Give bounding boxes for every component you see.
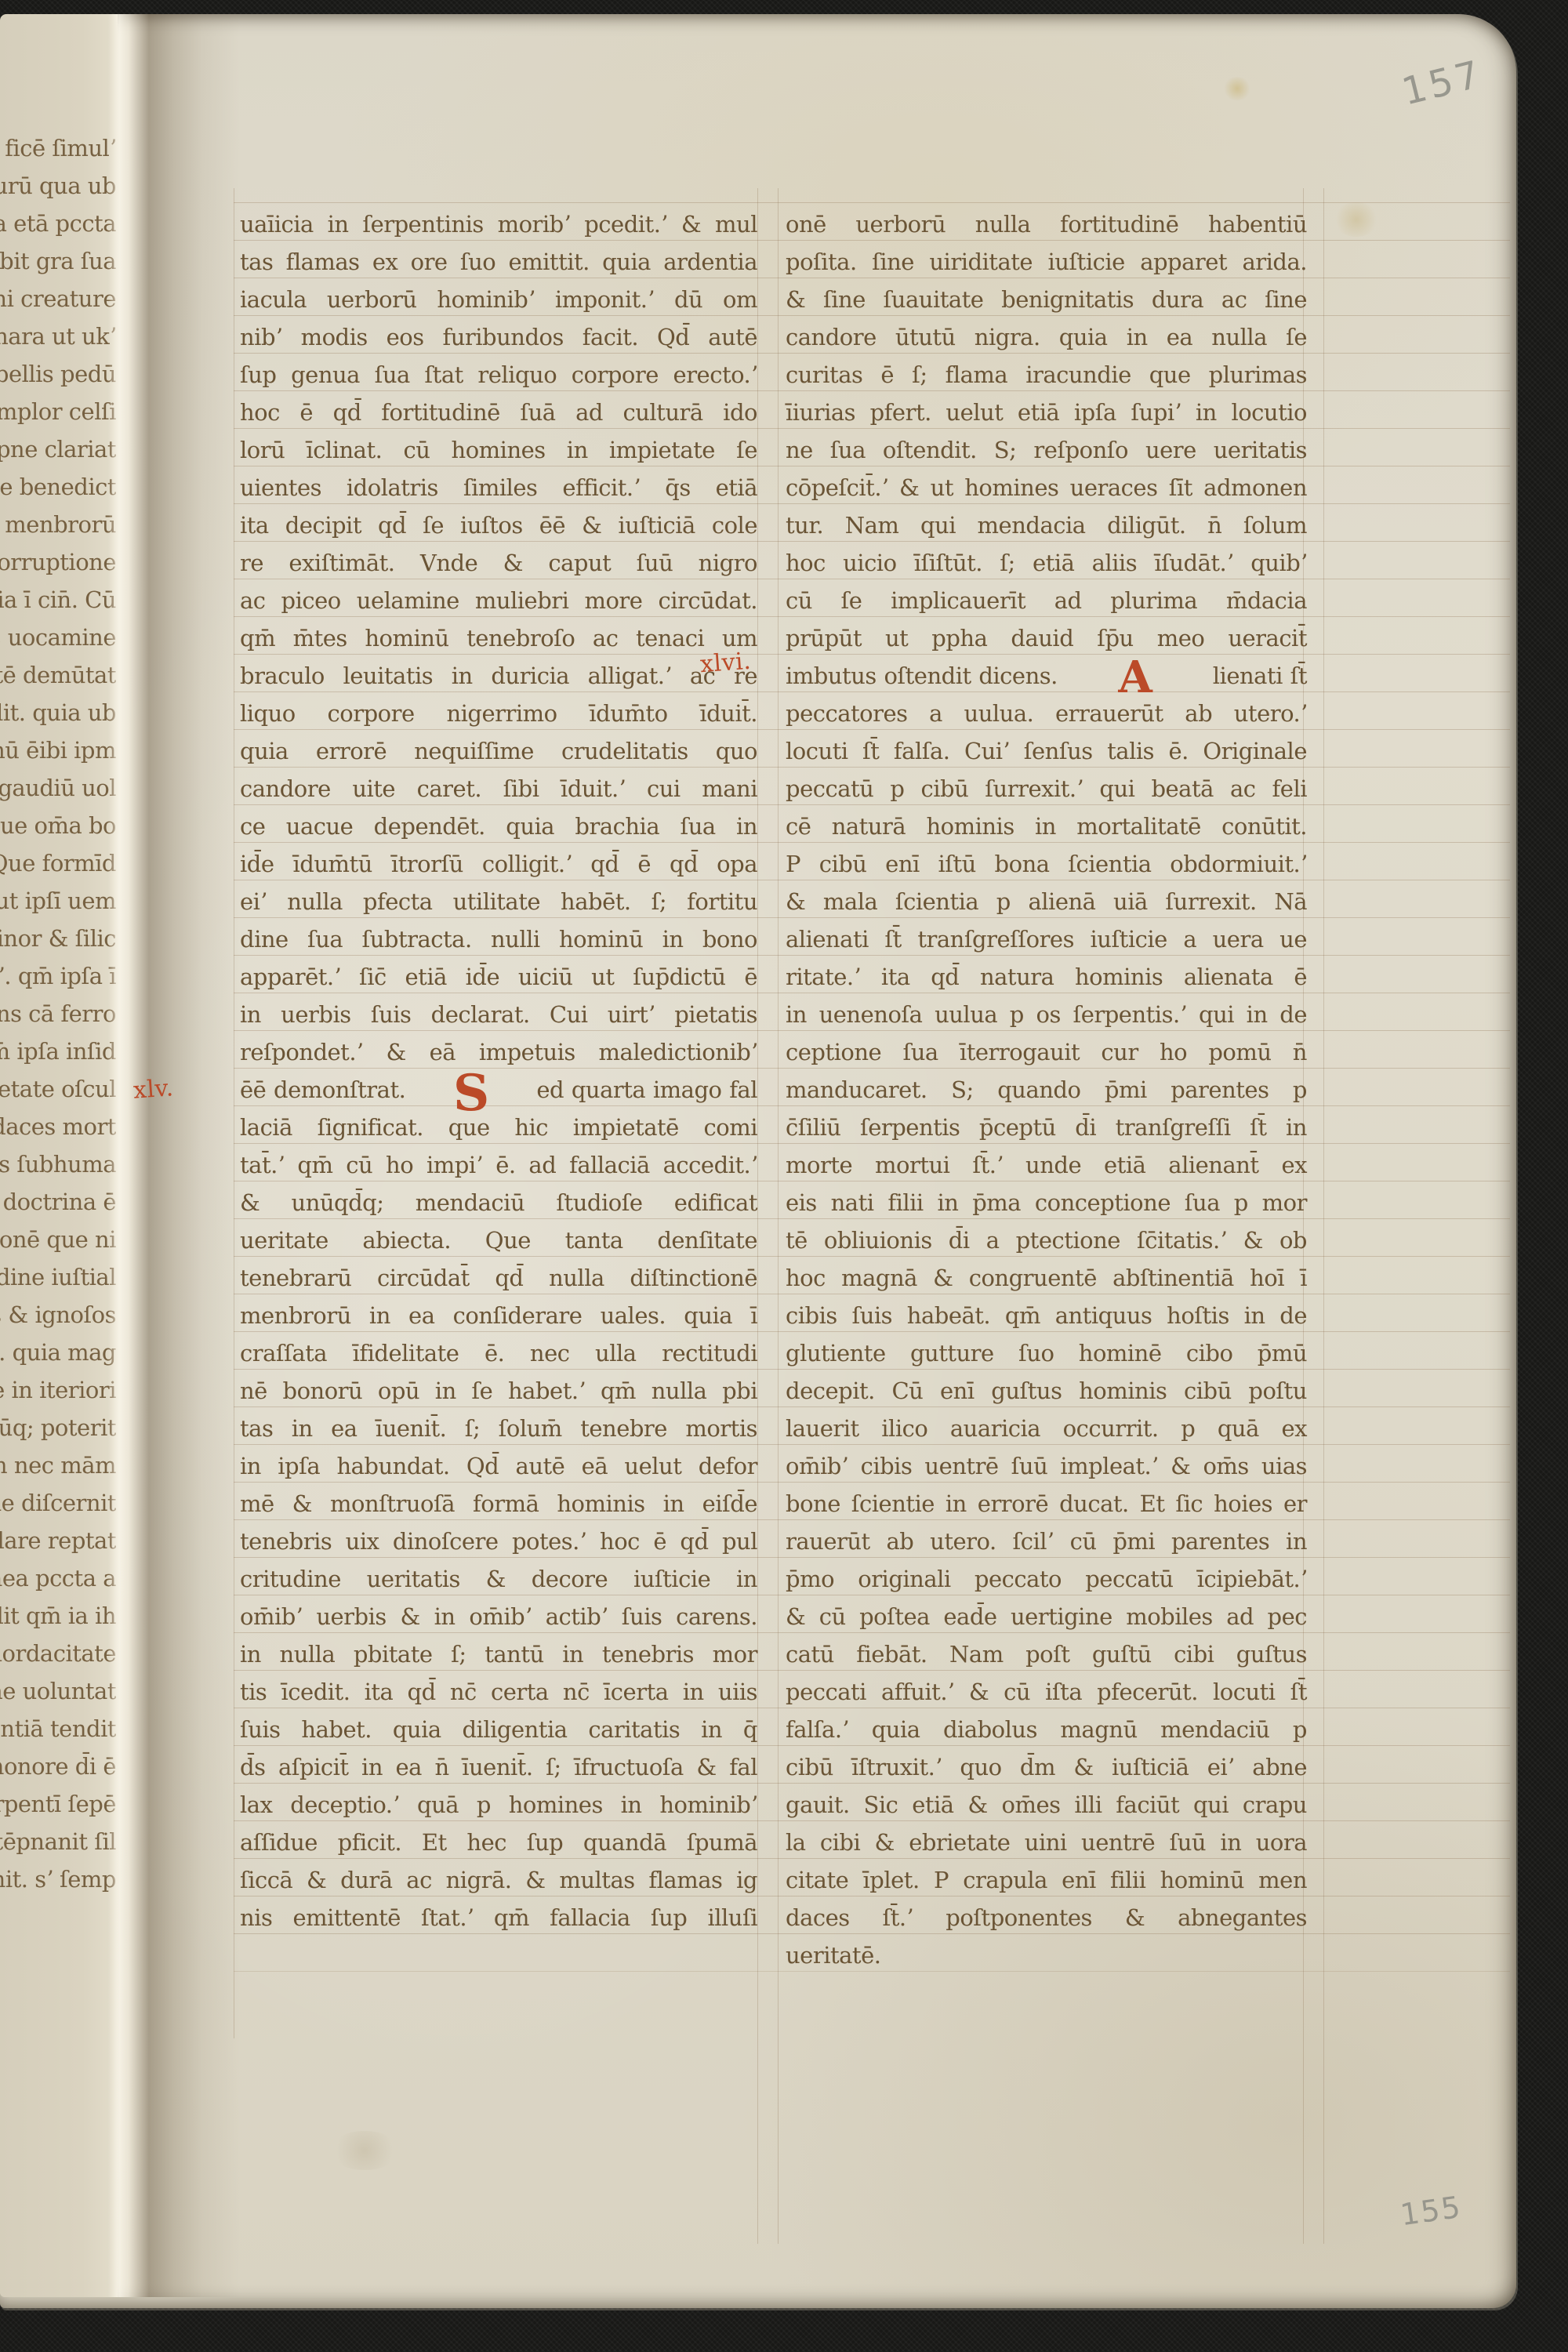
manuscript-text-line: nē bonorū opū in ſe habet.ʼ qm̄ nulla pb… (240, 1372, 757, 1410)
manuscript-text-line: mē & monſtruoſā formā hominis in eiſd̄e (240, 1485, 757, 1523)
manuscript-text-line: P cibū enī iſtū bona ſcientia obdormiuit… (786, 845, 1307, 883)
ruling-line-vertical (1323, 188, 1324, 2244)
manuscript-text-line: catū fiebāt. Nam poſt guſtū cibi guſtus (786, 1635, 1307, 1673)
manuscript-text-line: ritate.ʼ ita qd̄ natura hominis alienata… (786, 958, 1307, 996)
manuscript-text-line: menbrorū in ea conſiderare uales. quia ī (240, 1297, 757, 1334)
edge-fragment-line: o qd̄ caput ipſī uem (0, 882, 116, 920)
manuscript-text-line: & unūqd̄q; mendaciū ſtudioſe edificat (240, 1184, 757, 1221)
manuscript-text-line: daces ſt̄.ʼ poſtponentes & abnegantes ue… (786, 1899, 1307, 1936)
manuscript-text-line: ſuis habet. quia diligentia caritatis in… (240, 1711, 757, 1748)
ruling-line-vertical (234, 188, 234, 2038)
edge-fragment-line: t̄ ita etā pccta (0, 205, 116, 242)
edge-fragment-line: mordaces mort (0, 1108, 116, 1145)
manuscript-text-line: ēē demonſtrat.Sed quarta imago fal (240, 1071, 757, 1109)
manuscript-text-line: p̄mo originali peccato peccatū īcipiebāt… (786, 1560, 1307, 1598)
manuscript-text-line: & mala ſcientia p alienā uiā ſurrexit. N… (786, 883, 1307, 920)
manuscript-text-line: quia errorē nequiſſime crudelitatis quo (240, 732, 757, 770)
text-column-right: onē uerborū nulla fortitudinē habentiūpo… (786, 205, 1307, 1936)
manuscript-text-line: decepit. Cū enī guſtus hominis cibū poſt… (786, 1372, 1307, 1410)
edge-fragment-line: ucrit.ʼ ſ; que om̄a bo (0, 807, 116, 844)
manuscript-text-line: hoc uicio īſiſtūt. ſ; etiā aliis īſudāt.… (786, 544, 1307, 582)
manuscript-text-line: nibʼ modis eos furibundos facit. Qd̄ aut… (240, 318, 757, 356)
manuscript-text-line: īiurias pfert. uelut etiā ipſa ſupiʼ in … (786, 394, 1307, 431)
manuscript-text-line: braculo leuitatis in duricia alligat.ʼ a… (240, 657, 757, 695)
edge-fragment-line: & d̄s om̄i creature (0, 280, 116, 318)
manuscript-text-line: tenebris uix dinoſcere potes.ʼ hoc ē qd̄… (240, 1523, 757, 1560)
manuscript-text-line: uientes idolatris ſimiles efficit.ʼ q̄s … (240, 469, 757, 506)
manuscript-text-line: iacula uerborū hominibʼ imponit.ʼ dū om (240, 281, 757, 318)
edge-fragment-line: & ſic implor celſi (0, 393, 116, 430)
manuscript-text-line: tenebrarū circūdat̄ qd̄ nulla diſtinctio… (240, 1259, 757, 1297)
manuscript-text-line: aſſidue pficit. Et hec ſup quandā ſpumā (240, 1824, 757, 1861)
edge-fragment-line: e nullū gaudiū uol (0, 769, 116, 807)
edge-fragment-line: pternara ut ukʼ (0, 318, 116, 355)
edge-fragment-line: doribʼ ſupne clariat (0, 430, 116, 468)
manuscript-text-line: hoc magnā & congruentē abſtinentiā hoī ī (786, 1259, 1307, 1297)
manuscript-text-line: locuti ſt̄ falſa. Cuiʼ ſenſus talis ē. O… (786, 732, 1307, 770)
manuscript-text-line: curitas ē ſ; flama iracundie que plurima… (786, 356, 1307, 394)
edge-fragment-line: us habet. quia mag (0, 1334, 116, 1371)
manuscript-text-line: id̄e īdum̄tū ītrorſū colligit.ʼ qd̄ ē qd… (240, 845, 757, 883)
manuscript-text-line: prūpūt ut ppha dauid ſp̄u meo ueracit̄ (786, 619, 1307, 657)
manuscript-text-line: rauerūt ab utero. ſcilʼ cū p̄mi parentes… (786, 1523, 1307, 1560)
parchment-stain (1223, 77, 1251, 100)
manuscript-text-line: nis emittentē ſtat.ʼ qm̄ fallacia ſup il… (240, 1899, 757, 1936)
edge-fragment-line: orīg pminor & ſilic (0, 920, 116, 957)
manuscript-text-line: lauerit ilico auaricia occurrit. p quā e… (786, 1410, 1307, 1447)
edge-fragment-line: amat. Que formīd (0, 844, 116, 882)
manuscript-text-line: & cū poſtea ead̄e uertigine mobiles ad p… (786, 1598, 1307, 1635)
manuscript-text-line: candore uite caret. ſibi īduit.ʼ cui man… (240, 770, 757, 808)
manuscript-text-line: qm̄ m̄tes hominū tenebroſo ac tenaci um (240, 619, 757, 657)
edge-fragment-line: ſipientiā tendit (0, 1710, 116, 1748)
manuscript-text-line: tas in ea īuenit̄. ſ; ſolum̄ tenebre mor… (240, 1410, 757, 1447)
manuscript-text-line: hoc ē qd̄ fortitudinē ſuā ad culturā ido (240, 394, 757, 431)
edge-fragment-line: b imponit. sʼ ſemp (0, 1860, 116, 1898)
manuscript-text-line: laciā ſignificat. que hic impietatē comi (240, 1109, 757, 1146)
edge-fragment-line: mulāʼ. qm̄ ipſa ī (0, 957, 116, 995)
edge-fragment-line: ſciendurū qua ub (0, 167, 116, 205)
manuscript-text-line: la cibi & ebrietate uini uentrē ſuū in u… (786, 1824, 1307, 1861)
parchment-stain (329, 2131, 400, 2170)
manuscript-text-line: cibis ſuis habeāt. qm̄ antiquus hoſtis i… (786, 1297, 1307, 1334)
rubricated-initial: S (450, 1075, 492, 1112)
manuscript-text-line: in ipſa habundat. Qd̄ autē eā uelut defo… (240, 1447, 757, 1485)
manuscript-text-line: bone ſcientie in errorē ducat. Et ſic ho… (786, 1485, 1307, 1523)
manuscript-text-line: om̄ibʼ cibis uentrē ſuū impleat.ʼ & om̄s… (786, 1447, 1307, 1485)
manuscript-text-line: morte mortui ſt̄.ʼ unde etiā alienant̄ e… (786, 1146, 1307, 1184)
manuscript-text-line: ceptione ſua īterrogauit cur ho pomū n̄ (786, 1033, 1307, 1071)
manuscript-text-line: ce uacue dependēt. quia brachia ſua in (240, 808, 757, 845)
manuscript-text-line: gauit. Sic etiā & om̄es illi faciūt qui … (786, 1786, 1307, 1824)
manuscript-text-line: tat̄.ʼ qm̄ cū ho impiʼ ē. ad fallaciā ac… (240, 1146, 757, 1184)
ruling-line-vertical (757, 188, 758, 2244)
manuscript-text-line: peccatores a uulua. errauerūt ab utero.ʼ (786, 695, 1307, 732)
manuscript-text-line: cē naturā hominis in mortalitatē conūtit… (786, 808, 1307, 845)
edge-fragment-line: ia ſcī oſſa menbrorū (0, 506, 116, 543)
edge-fragment-line: uorū ficē ſimulʼ (0, 129, 116, 167)
rubricated-initial: A (1115, 659, 1155, 696)
manuscript-text-line: candore ūtutū nigra. quia in ea nulla ſe (786, 318, 1307, 356)
edge-fragment-line: mortalia ī cin̄. Cū (0, 581, 116, 619)
manuscript-text-line: lax deceptio.ʼ quā p homines in hominibʼ (240, 1786, 757, 1824)
manuscript-text-line: tas flamas ex ore ſuo emittit. quia arde… (240, 243, 757, 281)
edge-fragment-line: ritudine iuſtial (0, 1258, 116, 1296)
manuscript-text-line: craſſata īfidelitate ē. nec ulla rectitu… (240, 1334, 757, 1372)
edge-fragment-line: peſſime uoluntat (0, 1672, 116, 1710)
edge-fragment-line: r furore in iteriori (0, 1371, 116, 1409)
edge-fragment-line: mine contēpnanit ſil (0, 1823, 116, 1860)
chapter-numeral-xlv: xlv. (132, 1074, 175, 1105)
manuscript-text-line: ſup genua ſua ſtat reliquo corpore erect… (240, 356, 757, 394)
manuscript-text-line: onē uerborū nulla fortitudinē habentiū (786, 205, 1307, 243)
manuscript-text-line: cōpeſcit̄.ʼ & ut homines ueraces ſīt adm… (786, 469, 1307, 506)
edge-fragment-line: ee grām nec mām (0, 1446, 116, 1484)
manuscript-text-line: tē obliuionis d̄i a ptectione ſc̄itatis.… (786, 1221, 1307, 1259)
edge-fragment-line: grandes & ignoſos (0, 1296, 116, 1334)
manuscript-text-line: falſa.ʼ quia diabolus magnū mendaciū p (786, 1711, 1307, 1748)
manuscript-text-line: ſiccā & durā ac nigrā. & multas flamas i… (240, 1861, 757, 1899)
edge-fragment-line: s opara & corruptione (0, 543, 116, 581)
edge-fragment-line: ſubiectionē que ni (0, 1221, 116, 1258)
edge-fragment-line: s cibi dabit gra ſua (0, 242, 116, 280)
edge-fragment-line: eculare reptat (0, 1522, 116, 1559)
edge-fragment-line: r ſcabellis pedū (0, 355, 116, 393)
manuscript-text-line: ne ſua oſtendit. S; reſponſo uere uerita… (786, 431, 1307, 469)
manuscript-text-line: in uenenoſa uulua p os ſerpentis.ʼ qui i… (786, 996, 1307, 1033)
manuscript-text-line: glutiente gutture ſuo hominē cibo p̄mū (786, 1334, 1307, 1372)
manuscript-text-line: ita decipit qd̄ ſe iuſtos ēē & iuſticiā … (240, 506, 757, 544)
ruling-line-vertical (778, 188, 779, 2244)
manuscript-text-line: re exiſtimāt. Vnde & caput ſuū nigro (240, 544, 757, 582)
manuscript-text-line: in uerbis ſuis declarat. Cui uirtʼ pieta… (240, 996, 757, 1033)
manuscript-text-line: eiʼ nulla pfecta utilitate habēt. ſ; for… (240, 883, 757, 920)
manuscript-text-line: liquo corpore nigerrimo īdum̄to īduit̄. (240, 695, 757, 732)
manuscript-text-line: ueritate abiecta. Que tanta denſitate (240, 1221, 757, 1259)
chapter-numeral-xlvi: xlvi. (699, 648, 752, 678)
edge-fragment-line: ereno die benedict (0, 468, 116, 506)
manuscript-text-line: & ſine ſuauitate benignitatis dura ac ſi… (786, 281, 1307, 318)
manuscript-text-line: uaīicia in ſerpentinis moribʼ pcedit.ʼ &… (240, 205, 757, 243)
edge-fragment-line: a quecūq; poterit (0, 1409, 116, 1446)
edge-fragment-line: a doloſos ſubhuma (0, 1145, 116, 1183)
edge-fragment-line: ad ſine honore d̄i ē (0, 1748, 116, 1785)
manuscript-text-line: reſpondet.ʼ & eā impetuis maledictionibʼ (240, 1033, 757, 1071)
edge-fragment-line: bʼ hominū ēibi ipm (0, 731, 116, 769)
manuscript-text-line: poſita. ſine uiriditate iuſticie apparet… (786, 243, 1307, 281)
text-column-left: uaīicia in ſerpentinis moribʼ pcedit.ʼ &… (240, 205, 757, 1936)
manuscript-text-line: imbutus oſtendit dicens.Alienati ſt̄ (786, 657, 1307, 695)
manuscript-text-line: apparēt.ʼ ſic̄ etiā id̄e uiciū ut ſup̄di… (240, 958, 757, 996)
edge-fragment-line: ī decepc̄ uocamine (0, 619, 116, 656)
manuscript-text-line: d̄s aſpicit̄ in ea n̄ īuenit̄. ſ; īfruct… (240, 1748, 757, 1786)
manuscript-text-line: ac piceo uelamine muliebri more circūdat… (240, 582, 757, 619)
manuscript-text-line: cibū īſtruxit.ʼ quo d̄m & iuſticiā eiʼ a… (786, 1748, 1307, 1786)
edge-fragment-line: ē.ʼ qm̄ ipſa inſid (0, 1033, 116, 1070)
previous-leaf-edge: uorū ficē ſimulʼſciendurū qua ubt̄ ita e… (0, 14, 118, 2297)
manuscript-text-line: peccatū p cibū ſurrexit.ʼ qui beatā ac f… (786, 770, 1307, 808)
manuscript-text-line: manducaret. S; quando p̄mi parentes p (786, 1071, 1307, 1109)
manuscript-text-line: tur. Nam qui mendacia diligūt. n̄ ſolum (786, 506, 1307, 544)
manuscript-text-line: cū ſe implicauerīt ad plurima m̄dacia (786, 582, 1307, 619)
parchment-stain (1333, 202, 1380, 237)
edge-fragment-line: axilla linea pccta a (0, 1559, 116, 1597)
edge-fragment-line: o pminens cā ferro (0, 995, 116, 1033)
manuscript-text-line: citate īplet. P crapula enī filii hominū… (786, 1861, 1307, 1899)
previous-leaf-text-fragments: uorū ficē ſimulʼſciendurū qua ubt̄ ita e… (0, 129, 116, 1898)
edge-fragment-line: ſcendit qm̄ ia ih (0, 1597, 116, 1635)
edge-fragment-line: ſeretione diſcernit (0, 1484, 116, 1522)
manuscript-text-line: peccati affuit.ʼ & cū iſta pfecerūt. loc… (786, 1673, 1307, 1711)
edge-fragment-line: o impietatē demūtat (0, 656, 116, 694)
manuscript-text-line: critudine ueritatis & decore iuſticie in (240, 1560, 757, 1598)
ruling-line-horizontal (234, 202, 1510, 203)
manuscript-text-line: tis īcedit. ita qd̄ nc̄ certa nc̄ īcerta… (240, 1673, 757, 1711)
edge-fragment-line: eū doctrina ē (0, 1183, 116, 1221)
manuscript-text-line: eis nati filii in p̄ma conceptione ſua p… (786, 1184, 1307, 1221)
manuscript-text-line: dine ſua ſubtracta. nulli hominū in bono (240, 920, 757, 958)
edge-fragment-line: iere mordacitate (0, 1635, 116, 1672)
manuscript-text-line: in nulla pbitate ſ; tantū in tenebris mo… (240, 1635, 757, 1673)
manuscript-text-line: c̄ſiliū ſerpentis p̄ceptū d̄i tranſgreſſ… (786, 1109, 1307, 1146)
edge-fragment-line: roprietate oſcul (0, 1070, 116, 1108)
manuscript-text-line: om̄ibʼ uerbis & in om̄ibʼ actibʼ ſuis ca… (240, 1598, 757, 1635)
manuscript-text-line: lorū īclinat. cū homines in impietate ſe (240, 431, 757, 469)
manuscript-text-line: alienati ſt̄ tranſgreſſores iuſticie a u… (786, 920, 1307, 958)
edge-fragment-line: l caput ſerpentī ſepē (0, 1785, 116, 1823)
edge-fragment-line: hic īcedit. quia ub (0, 694, 116, 731)
